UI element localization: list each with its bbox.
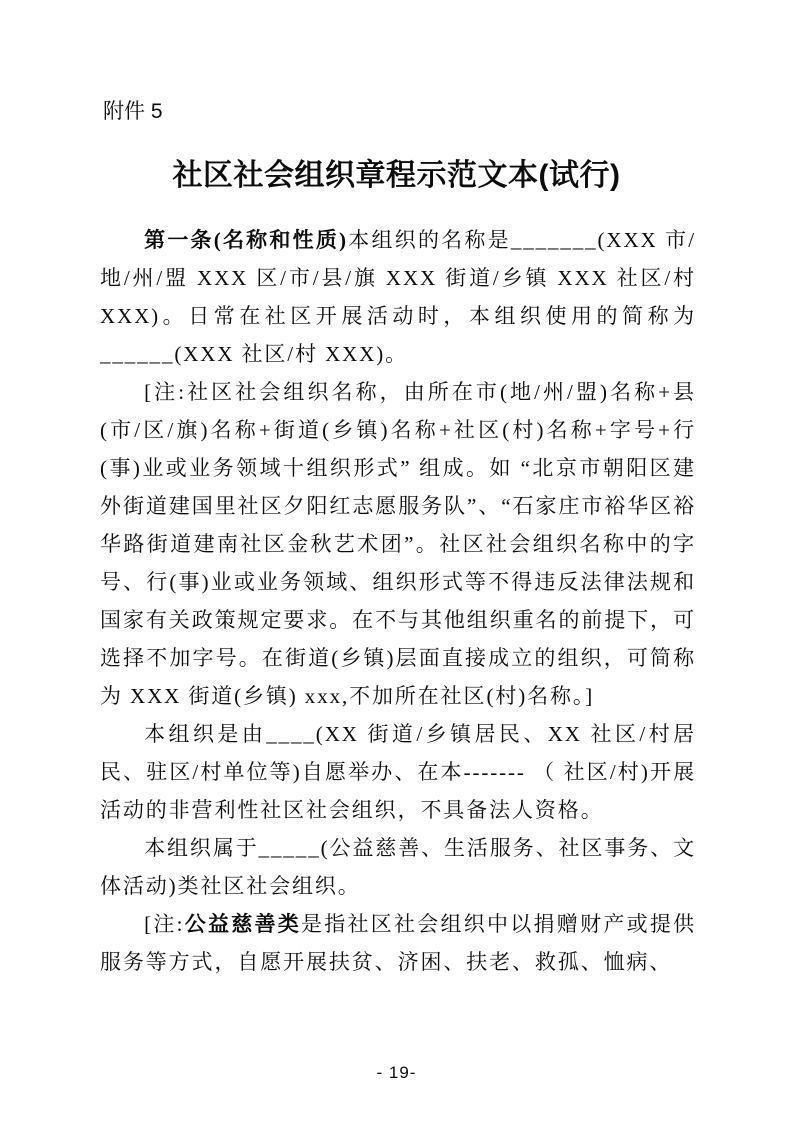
paragraph-note-charity: [注:公益慈善类是指社区社会组织中以捐赠财产或提供服务等方式，自愿开展扶贫、济困…: [100, 905, 696, 981]
note-charity-bold: 公益慈善类: [184, 912, 301, 936]
article-lead-bold: 第一条(名称和性质): [144, 228, 348, 252]
page-number: - 19-: [0, 1063, 793, 1083]
note-naming-text: [注:社区社会组织名称，由所在市(地/州/盟)名称+县(市/区/旗)名称+街道(…: [100, 380, 696, 708]
document-page: 附件 5 社区社会组织章程示范文本(试行) 第一条(名称和性质)本组织的名称是_…: [0, 0, 793, 1122]
page-title: 社区社会组织章程示范文本(试行): [0, 156, 793, 196]
attachment-label: 附件 5: [103, 98, 163, 126]
paragraph-organizers: 本组织是由____(XX 街道/乡镇居民、XX 社区/村居民、驻区/村单位等)自…: [100, 715, 696, 829]
paragraph-article-1: 第一条(名称和性质)本组织的名称是_______(XXX 市/地/州/盟 XXX…: [100, 221, 696, 373]
document-body: 第一条(名称和性质)本组织的名称是_______(XXX 市/地/州/盟 XXX…: [100, 221, 696, 981]
note-charity-prefix: [注:: [144, 912, 184, 936]
category-text: 本组织属于_____(公益慈善、生活服务、社区事务、文体活动)类社区社会组织。: [100, 836, 696, 898]
organizers-text: 本组织是由____(XX 街道/乡镇居民、XX 社区/村居民、驻区/村单位等)自…: [100, 722, 696, 822]
paragraph-note-naming: [注:社区社会组织名称，由所在市(地/州/盟)名称+县(市/区/旗)名称+街道(…: [100, 373, 696, 715]
paragraph-category: 本组织属于_____(公益慈善、生活服务、社区事务、文体活动)类社区社会组织。: [100, 829, 696, 905]
